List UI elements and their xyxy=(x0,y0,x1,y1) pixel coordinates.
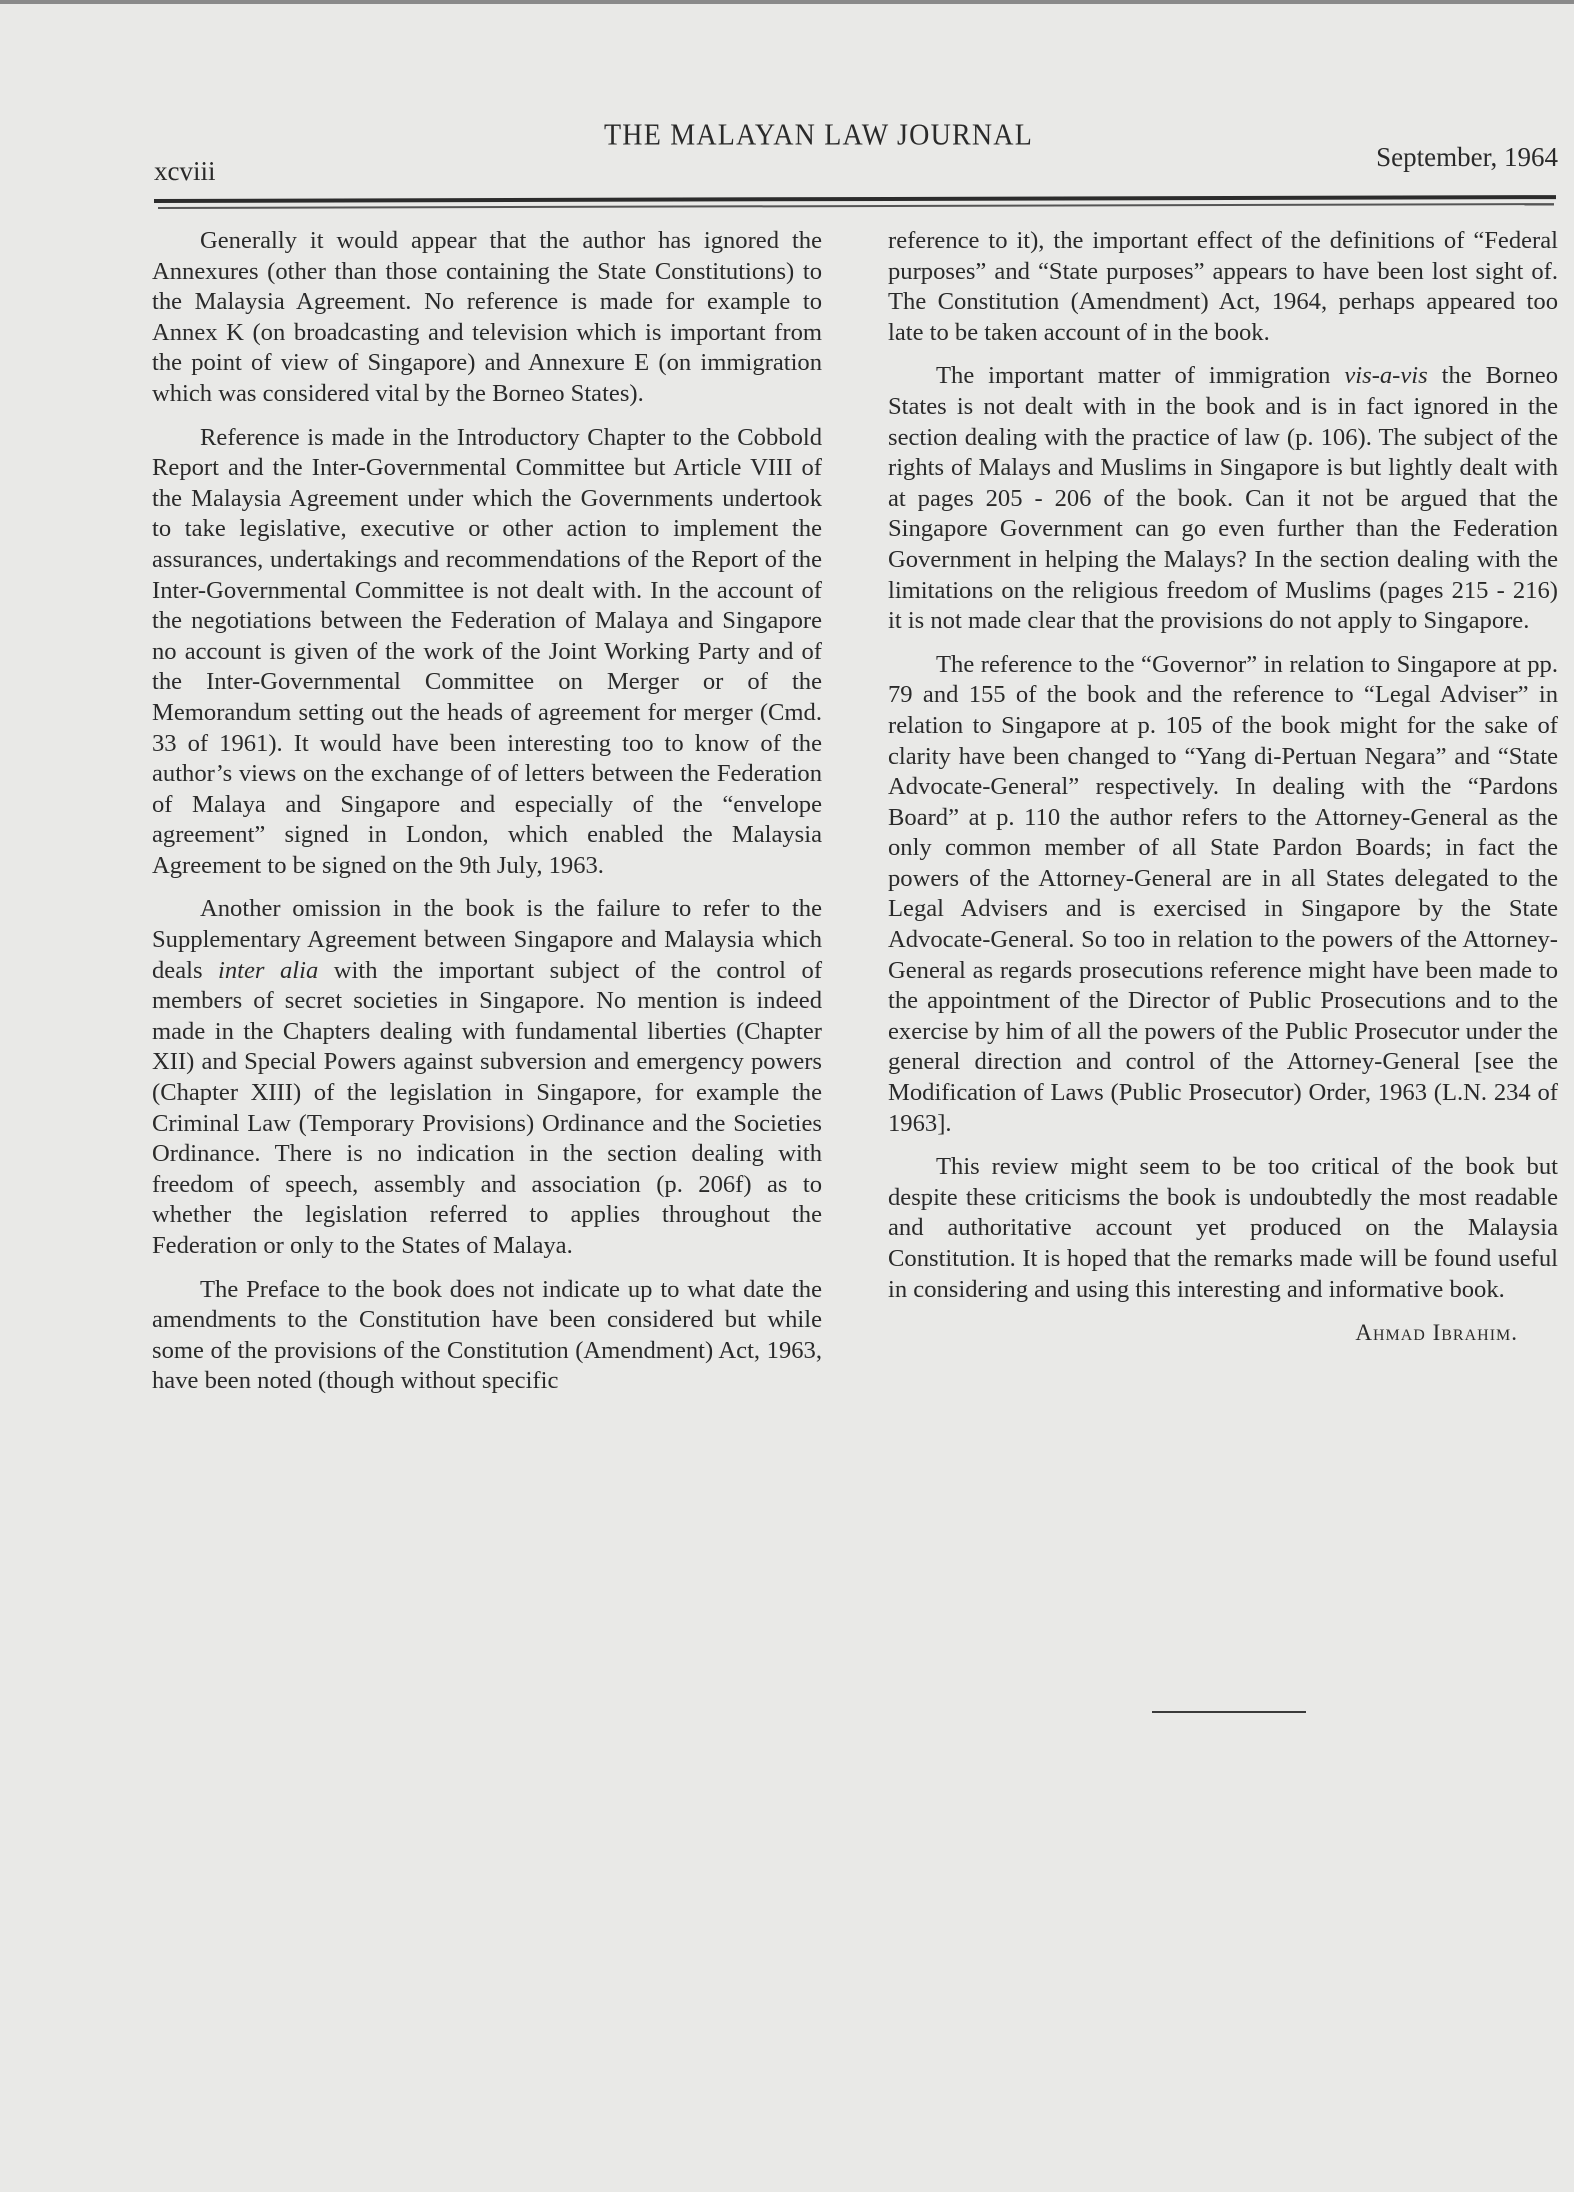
right-column: reference to it), the important effect o… xyxy=(888,226,1558,1349)
end-of-article-rule xyxy=(1152,1711,1306,1713)
header-rule-thin xyxy=(158,203,1554,208)
paragraph-introductory-chapter: Reference is made in the Introductory Ch… xyxy=(152,423,822,882)
italic-term: vis-a-vis xyxy=(1344,362,1427,389)
paragraph-immigration: The important matter of immigration vis-… xyxy=(888,361,1558,636)
left-column: Generally it would appear that the autho… xyxy=(152,226,822,1410)
issue-date: September, 1964 xyxy=(1376,142,1558,173)
paragraph-governor-reference: The reference to the “Governor” in relat… xyxy=(888,650,1558,1140)
page-number: xcviii xyxy=(154,156,216,187)
text-run: with the important subject of the contro… xyxy=(152,957,822,1259)
paragraph-continued-definitions: reference to it), the important effect o… xyxy=(888,226,1558,348)
running-head: THE MALAYAN LAW JOURNAL xcviii September… xyxy=(154,112,1558,202)
paragraph-supplementary-agreement: Another omission in the book is the fail… xyxy=(152,894,822,1261)
text-run: The important matter of immigration xyxy=(936,362,1344,389)
author-signature: Ahmad Ibrahim. xyxy=(888,1318,1558,1349)
page-top-edge xyxy=(0,0,1574,4)
text-run: the Borneo States is not dealt with in t… xyxy=(888,362,1558,634)
journal-title: THE MALAYAN LAW JOURNAL xyxy=(604,119,1033,154)
paragraph-annexures: Generally it would appear that the autho… xyxy=(152,226,822,410)
paragraph-conclusion: This review might seem to be too critica… xyxy=(888,1152,1558,1305)
italic-term: inter alia xyxy=(218,957,318,984)
paragraph-preface: The Preface to the book does not indicat… xyxy=(152,1275,822,1397)
